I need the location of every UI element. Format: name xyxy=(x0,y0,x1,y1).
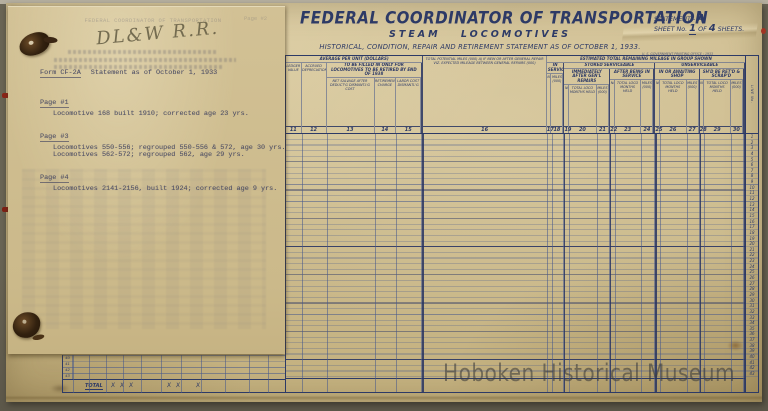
table-header-group-label: STORED SERVICEABLE xyxy=(564,63,654,70)
statement-label: STATEMENT - A xyxy=(654,15,744,25)
table-grid-vline xyxy=(249,355,250,393)
table-grid-vline xyxy=(141,355,142,393)
table-column-number: 27 xyxy=(687,126,698,133)
table-column-label: TOTAL LOCO MONTHS HELD xyxy=(660,80,685,126)
table-grid-vline xyxy=(123,355,124,393)
typed-note-page: FEDERAL COORDINATOR OF TRANSPORTATION Pa… xyxy=(8,6,285,354)
table-column-number: 18 xyxy=(551,126,562,133)
table-header-group-label: UNSERVICEABLE xyxy=(655,63,744,70)
table-grid-vline xyxy=(73,355,74,393)
table-grid-vline xyxy=(268,355,269,393)
table-header-cell: MILES (000)21 xyxy=(597,85,610,133)
table-column-number: 30 xyxy=(731,126,742,133)
note-section: Page #1Locomotive 168 built 1910; correc… xyxy=(40,91,277,119)
table-header-group: AVERAGE PER UNIT (DOLLARS)LEDGER VALUE11… xyxy=(286,56,423,133)
table-header-cell: LEDGER VALUE11 xyxy=(286,63,302,133)
table-header-group-label: IN OR AWAITING SHOP xyxy=(655,69,698,80)
form-number: Form CF-2A xyxy=(40,69,81,78)
table-header-cell: TOTAL LOCO MONTHS HELD23 xyxy=(615,80,641,133)
table-header-cell: RETIREMENT CHARGE14 xyxy=(375,78,397,133)
table-grid-vline xyxy=(181,355,182,393)
table-total-row xyxy=(286,378,745,392)
table-column-label: No. xyxy=(610,80,614,126)
table-column-number: 13 xyxy=(327,126,374,133)
table-column-label: No. xyxy=(564,85,568,126)
table-header-row: No.22TOTAL LOCO MONTHS HELD23MILES (000)… xyxy=(610,80,653,133)
table-header-cell: NET SALVAGE AFTER DEDUCT'G DISMANTL'G CO… xyxy=(327,78,375,133)
table-header-cell: MILES (000)18 xyxy=(551,74,563,133)
tally-x-mark: X xyxy=(196,382,201,389)
ink-bleedthrough xyxy=(68,50,218,54)
table-column-label: TOTAL LOCO MONTHS HELD xyxy=(569,85,595,126)
table-header-group-label: IN SERVICE xyxy=(547,63,564,74)
table-header: AVERAGE PER UNIT (DOLLARS)LEDGER VALUE11… xyxy=(286,56,745,134)
table-header-group: TO BE FILLED IN ONLY FOR LOCOMOTIVES TO … xyxy=(327,63,423,133)
table-column-number: 12 xyxy=(302,126,326,133)
ledger-strip-rows xyxy=(63,355,285,379)
ledger-sheet: FEDERAL COORDINATOR OF TRANSPORTATION ST… xyxy=(6,3,762,402)
table-header-cell: ACCRUED DEPRECIATION12 xyxy=(302,63,327,133)
table-column-number: 24 xyxy=(641,126,652,133)
line-number-column: LINE No.12345678910111213141516171819202… xyxy=(745,56,758,392)
form-statement-line: HISTORICAL, CONDITION, REPAIR AND RETIRE… xyxy=(300,43,660,51)
table-column-number: 17 xyxy=(547,126,551,133)
table-header-row: IN OR AWAITING SHOPNo.25TOTAL LOCO MONTH… xyxy=(655,69,744,133)
table-column-label: No. xyxy=(700,80,704,126)
table-column-label: NET SALVAGE AFTER DEDUCT'G DISMANTL'G CO… xyxy=(327,78,374,126)
table-header-group: SH'D BE RET'D & SCRAP'DNo.28TOTAL LOCO M… xyxy=(700,69,744,133)
table-header-group: ESTIMATED TOTAL REMAINING MILEAGE IN GRO… xyxy=(547,56,745,133)
table-header-group-label: AVERAGE PER UNIT (DOLLARS) xyxy=(286,56,422,63)
table-header-group: IN SERVICENo.17MILES (000)18 xyxy=(547,63,565,133)
table-header-row: LEDGER VALUE11ACCRUED DEPRECIATION12TO B… xyxy=(286,63,422,133)
table-column-label: MILES (000) xyxy=(687,80,698,126)
tally-x-mark: X xyxy=(167,382,172,389)
table-grid-vline xyxy=(106,355,107,393)
table-column-number: 22 xyxy=(610,126,614,133)
table-column-number: 29 xyxy=(704,126,729,133)
ink-bleedthrough xyxy=(54,58,236,62)
sheet-number-line: SHEET No. 1 OF 4 SHEETS. xyxy=(654,25,744,35)
table-header-group-label: SH'D BE RET'D & SCRAP'D xyxy=(700,69,743,80)
ledger-table: AVERAGE PER UNIT (DOLLARS)LEDGER VALUE11… xyxy=(285,55,759,393)
row-line-number: 43 xyxy=(746,371,758,377)
table-column-number: 23 xyxy=(615,126,640,133)
table-header-cell: MILES (000)30 xyxy=(731,80,743,133)
total-row-label: TOTAL xyxy=(85,383,103,390)
note-section-heading: Page #1 xyxy=(40,99,69,108)
table-header-cell: TOTAL LOCO MONTHS HELD29 xyxy=(704,80,730,133)
table-column-label: RETIREMENT CHARGE xyxy=(375,78,396,126)
table-header-group: IN OR AWAITING SHOPNo.25TOTAL LOCO MONTH… xyxy=(655,69,699,133)
table-header-group-label: AFTER BEING IN SERVICE xyxy=(610,69,653,80)
note-line: Locomotive 168 built 1910; corrected age… xyxy=(40,111,277,119)
table-header-row: IN SERVICENo.17MILES (000)18STORED SERVI… xyxy=(547,63,745,133)
ledger-grid-bottom-left: 40414243 TOTAL XXXXXX xyxy=(62,355,285,393)
table-column-number: 25 xyxy=(655,126,659,133)
row-line-number: 43 xyxy=(63,373,72,379)
statement-as-of: Statement as of October 1, 1933 xyxy=(91,69,217,77)
form-header: FEDERAL COORDINATOR OF TRANSPORTATION ST… xyxy=(300,9,660,51)
table-header-row: No.19TOTAL LOCO MONTHS HELD20MILES (000)… xyxy=(564,85,609,133)
table-column-number: 26 xyxy=(660,126,685,133)
table-column-label: TOTAL POTENTIAL MILES (000) A) IF NEW OR… xyxy=(423,56,546,126)
table-column-number: 16 xyxy=(423,126,546,133)
table-header-row: IMMEDIATELY AFTER GEN'L REPAIRSNo.19TOTA… xyxy=(564,69,654,133)
table-header-group: IMMEDIATELY AFTER GEN'L REPAIRSNo.19TOTA… xyxy=(564,69,610,133)
table-grid-vline xyxy=(161,355,162,393)
paper-fold-line xyxy=(6,394,762,401)
form-number-line: Form CF-2AStatement as of October 1, 193… xyxy=(40,69,217,77)
table-column-number: 19 xyxy=(564,126,568,133)
table-header-group: AFTER BEING IN SERVICENo.22TOTAL LOCO MO… xyxy=(610,69,654,133)
ledger-strip-row-numbers: 40414243 xyxy=(63,355,73,379)
table-header-row: No.28TOTAL LOCO MONTHS HELD29MILES (000)… xyxy=(700,80,743,133)
table-column-label: MILES (000) xyxy=(597,85,609,126)
table-column-number: 14 xyxy=(375,126,396,133)
table-column-label: MILES (000) xyxy=(551,74,562,126)
red-edge-mark xyxy=(761,28,766,34)
table-column-number: 20 xyxy=(569,126,595,133)
table-header-group-label: ESTIMATED TOTAL REMAINING MILEAGE IN GRO… xyxy=(547,56,745,63)
table-column-number: 15 xyxy=(396,126,420,133)
table-grid-vline xyxy=(89,355,90,393)
table-grid-vline xyxy=(225,355,226,393)
table-header-cell: MILES (000)24 xyxy=(641,80,653,133)
statement-letter: A xyxy=(697,13,705,24)
table-header-group-label: IMMEDIATELY AFTER GEN'L REPAIRS xyxy=(564,69,609,85)
line-number-column-label: LINE No. xyxy=(750,85,754,103)
table-header-cell: TOTAL LOCO MONTHS HELD20 xyxy=(569,85,596,133)
note-line: Locomotives 562-572; regrouped 562, age … xyxy=(40,152,277,160)
form-subtitle: STEAM LOCOMOTIVES xyxy=(300,29,660,40)
table-column-label: LEDGER VALUE xyxy=(286,63,301,126)
line-number-list: 1234567891011121314151617181920212223242… xyxy=(746,134,758,377)
table-header-row: No.17MILES (000)18 xyxy=(547,74,564,133)
note-section-heading: Page #3 xyxy=(40,133,69,142)
table-header-cell: MILES (000)27 xyxy=(687,80,699,133)
table-column-label: TOTAL LOCO MONTHS HELD xyxy=(704,80,729,126)
tally-x-mark: X xyxy=(176,382,181,389)
form-title: FEDERAL COORDINATOR OF TRANSPORTATION xyxy=(300,8,660,28)
table-column-label: ACCRUED DEPRECIATION xyxy=(302,63,326,126)
sheet-total: 4 xyxy=(709,23,716,34)
table-header-cell: LABOR COST DISMANTL'G15 xyxy=(396,78,421,133)
photo-background: { "watermark": "Hoboken Historical Museu… xyxy=(0,0,768,411)
sheet-number: 1 xyxy=(689,23,696,35)
table-column-number: 28 xyxy=(700,126,704,133)
table-header-group-label: TO BE FILLED IN ONLY FOR LOCOMOTIVES TO … xyxy=(327,63,422,79)
table-column-number: 11 xyxy=(286,126,301,133)
table-header-row: No.25TOTAL LOCO MONTHS HELD26MILES (000)… xyxy=(655,80,698,133)
table-header-row: NET SALVAGE AFTER DEDUCT'G DISMANTL'G CO… xyxy=(327,78,422,133)
table-column-label: MILES (000) xyxy=(731,80,742,126)
table-header-cell: TOTAL POTENTIAL MILES (000) A) IF NEW OR… xyxy=(423,56,547,133)
table-column-label: LABOR COST DISMANTL'G xyxy=(396,78,420,126)
statement-sheet-block: STATEMENT - A SHEET No. 1 OF 4 SHEETS. xyxy=(654,15,744,34)
table-body-rows xyxy=(286,134,745,377)
table-header-group: STORED SERVICEABLEIMMEDIATELY AFTER GEN'… xyxy=(564,63,655,133)
note-section: Page #3Locomotives 550-556; regrouped 55… xyxy=(40,125,277,160)
table-header-cell: TOTAL LOCO MONTHS HELD26 xyxy=(660,80,686,133)
tally-x-mark: X xyxy=(129,382,134,389)
tally-x-mark: X xyxy=(111,382,116,389)
table-column-label: No. xyxy=(655,80,659,126)
table-grid-vline xyxy=(201,355,202,393)
ledger-strip-total-row: TOTAL XXXXXX xyxy=(63,379,285,393)
line-number-column-header: LINE No. xyxy=(746,56,758,134)
table-column-label: MILES (000) xyxy=(641,80,652,126)
bleedthrough-ghost-table xyxy=(22,169,266,329)
table-column-label: No. xyxy=(547,74,551,126)
table-column-number: 21 xyxy=(597,126,609,133)
table-column-label: TOTAL LOCO MONTHS HELD xyxy=(615,80,640,126)
faint-page-reference: Page #2 xyxy=(244,15,267,22)
table-header-group: UNSERVICEABLEIN OR AWAITING SHOPNo.25TOT… xyxy=(655,63,745,133)
